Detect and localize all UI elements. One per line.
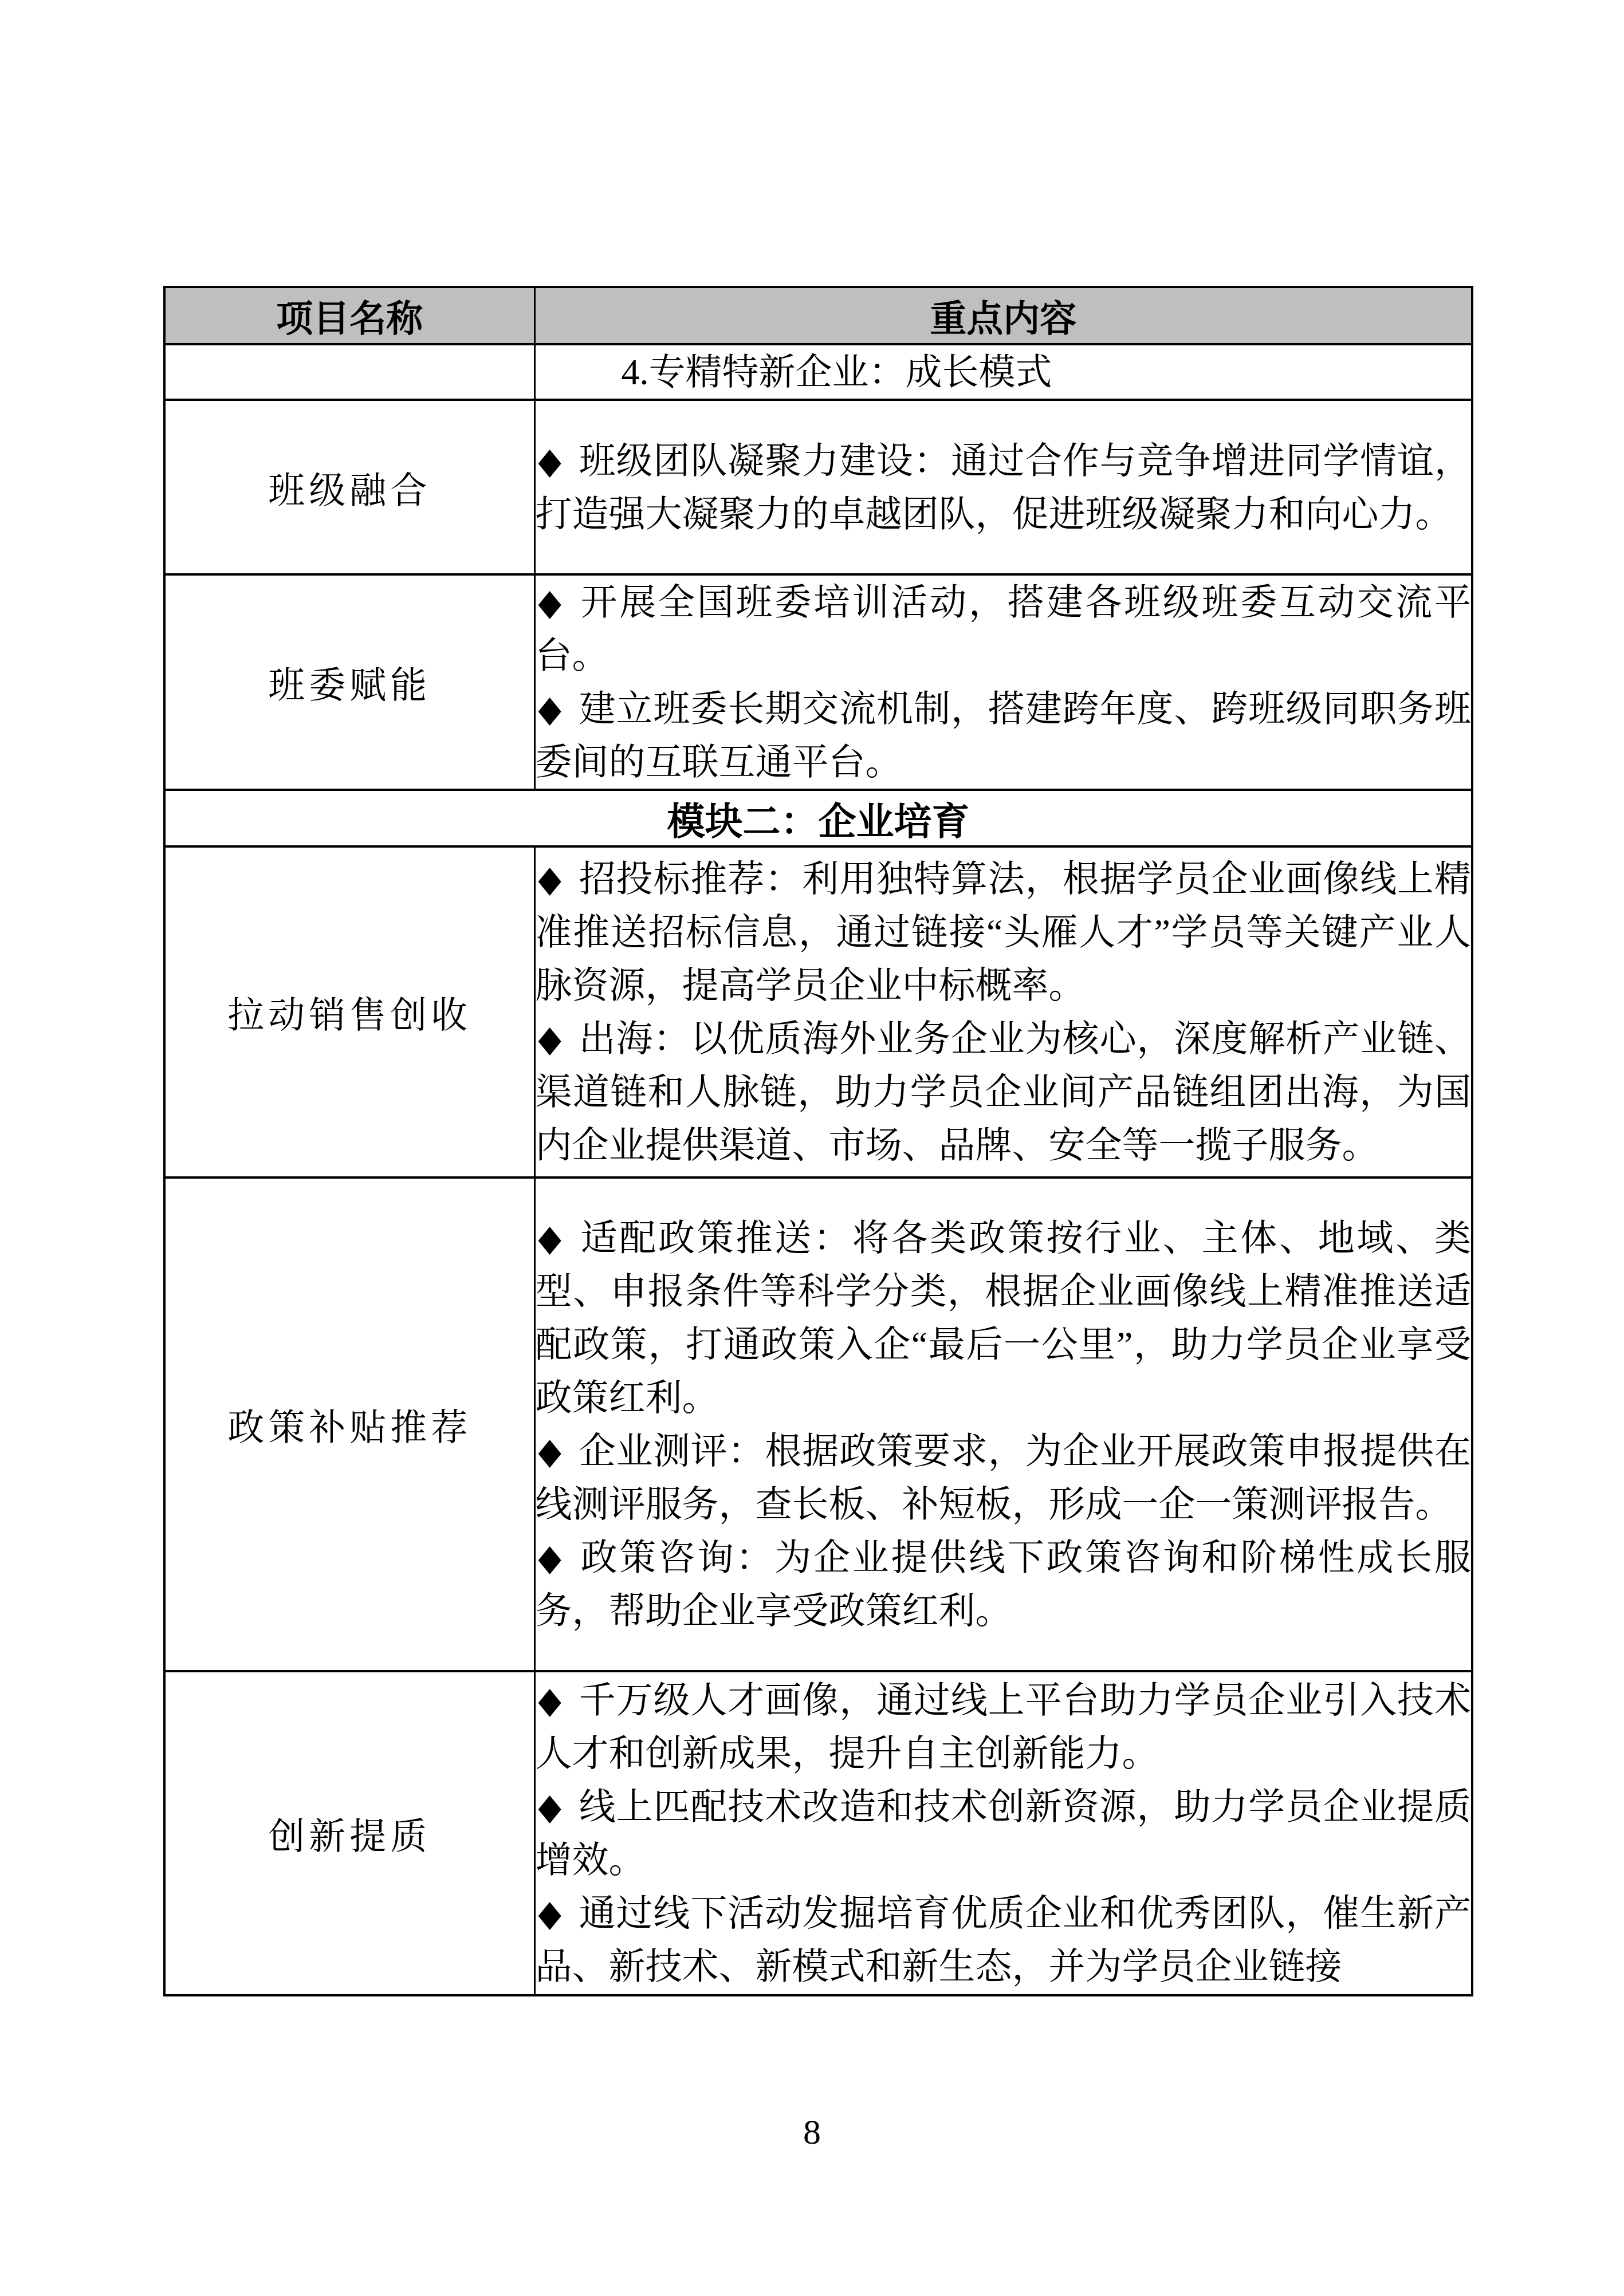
table-row: 政策补贴推荐 ◆适配政策推送：将各类政策按行业、主体、地域、类型、申报条件等科学…: [164, 1177, 1472, 1671]
diamond-bullet-icon: ◆: [538, 852, 561, 905]
continuation-row-empty-label: [164, 344, 534, 400]
diamond-bullet-icon: ◆: [538, 1211, 561, 1265]
document-page: 项目名称 重点内容 4.专精特新企业：成长模式 班级融合 ◆班级团队凝聚力建设：…: [0, 0, 1624, 2296]
bullet-item: ◆千万级人才画像，通过线上平台助力学员企业引入技术人才和创新成果，提升自主创新能…: [536, 1673, 1472, 1780]
row-content-policy-subsidy: ◆适配政策推送：将各类政策按行业、主体、地域、类型、申报条件等科学分类，根据企业…: [534, 1177, 1472, 1671]
bullet-text: 通过线下活动发掘培育优质企业和优秀团队，催生新产品、新技术、新模式和新生态，并为…: [536, 1893, 1472, 1987]
diamond-bullet-icon: ◆: [538, 1780, 561, 1833]
bullet-item: ◆开展全国班委培训活动，搭建各班级班委互动交流平台。: [536, 576, 1472, 682]
bullet-item: ◆班级团队凝聚力建设：通过合作与竞争增进同学情谊，打造强大凝聚力的卓越团队，促进…: [536, 434, 1472, 541]
bullet-item: ◆招投标推荐：利用独特算法，根据学员企业画像线上精准推送招标信息，通过链接“头雁…: [536, 852, 1472, 1012]
header-cell-key-content: 重点内容: [534, 287, 1472, 344]
section-row: 模块二：企业培育: [164, 790, 1472, 846]
bullet-item: ◆政策咨询：为企业提供线下政策咨询和阶梯性成长服务，帮助企业享受政策红利。: [536, 1531, 1472, 1637]
diamond-bullet-icon: ◆: [538, 1531, 561, 1584]
row-label-sales-revenue: 拉动销售创收: [164, 846, 534, 1177]
row-label-policy-subsidy: 政策补贴推荐: [164, 1177, 534, 1671]
diamond-bullet-icon: ◆: [538, 1012, 561, 1065]
bullet-text: 出海：以优质海外业务企业为核心，深度解析产业链、渠道链和人脉链，助力学员企业间产…: [536, 1018, 1472, 1165]
bullet-text: 企业测评：根据政策要求，为企业开展政策申报提供在线测评服务，查长板、补短板，形成…: [536, 1431, 1472, 1525]
bullet-text: 适配政策推送：将各类政策按行业、主体、地域、类型、申报条件等科学分类，根据企业画…: [536, 1218, 1472, 1418]
table-row: 班委赋能 ◆开展全国班委培训活动，搭建各班级班委互动交流平台。 ◆建立班委长期交…: [164, 574, 1472, 790]
table-row: 班级融合 ◆班级团队凝聚力建设：通过合作与竞争增进同学情谊，打造强大凝聚力的卓越…: [164, 400, 1472, 574]
row-content-committee-empowerment: ◆开展全国班委培训活动，搭建各班级班委互动交流平台。 ◆建立班委长期交流机制，搭…: [534, 574, 1472, 790]
bullet-item: ◆适配政策推送：将各类政策按行业、主体、地域、类型、申报条件等科学分类，根据企业…: [536, 1211, 1472, 1424]
bullet-text: 线上匹配技术改造和技术创新资源，助力学员企业提质增效。: [536, 1786, 1472, 1880]
bullet-text: 招投标推荐：利用独特算法，根据学员企业画像线上精准推送招标信息，通过链接“头雁人…: [536, 858, 1472, 1006]
bullet-text: 班级团队凝聚力建设：通过合作与竞争增进同学情谊，打造强大凝聚力的卓越团队，促进班…: [536, 440, 1472, 534]
bullet-item: ◆企业测评：根据政策要求，为企业开展政策申报提供在线测评服务，查长板、补短板，形…: [536, 1424, 1472, 1531]
table-header-row: 项目名称 重点内容: [164, 287, 1472, 344]
diamond-bullet-icon: ◆: [538, 1424, 561, 1478]
header-cell-project-name: 项目名称: [164, 287, 534, 344]
diamond-bullet-icon: ◆: [538, 1673, 561, 1727]
diamond-bullet-icon: ◆: [538, 434, 561, 487]
bullet-item: ◆建立班委长期交流机制，搭建跨年度、跨班级同职务班委间的互联互通平台。: [536, 682, 1472, 789]
bullet-item: ◆通过线下活动发掘培育优质企业和优秀团队，催生新产品、新技术、新模式和新生态，并…: [536, 1887, 1472, 1993]
bullet-text: 建立班委长期交流机制，搭建跨年度、跨班级同职务班委间的互联互通平台。: [536, 688, 1472, 782]
row-content-sales-revenue: ◆招投标推荐：利用独特算法，根据学员企业画像线上精准推送招标信息，通过链接“头雁…: [534, 846, 1472, 1177]
diamond-bullet-icon: ◆: [538, 682, 561, 735]
bullet-item: ◆线上匹配技术改造和技术创新资源，助力学员企业提质增效。: [536, 1780, 1472, 1887]
continuation-row: 4.专精特新企业：成长模式: [164, 344, 1472, 400]
page-number: 8: [0, 2112, 1624, 2153]
bullet-text: 政策咨询：为企业提供线下政策咨询和阶梯性成长服务，帮助企业享受政策红利。: [536, 1537, 1472, 1631]
diamond-bullet-icon: ◆: [538, 1887, 561, 1940]
section-row-title: 模块二：企业培育: [164, 790, 1472, 846]
project-content-table: 项目名称 重点内容 4.专精特新企业：成长模式 班级融合 ◆班级团队凝聚力建设：…: [163, 286, 1473, 1996]
bullet-item: ◆出海：以优质海外业务企业为核心，深度解析产业链、渠道链和人脉链，助力学员企业间…: [536, 1012, 1472, 1172]
diamond-bullet-icon: ◆: [538, 576, 561, 629]
row-label-innovation-quality: 创新提质: [164, 1671, 534, 1995]
bullet-text: 千万级人才画像，通过线上平台助力学员企业引入技术人才和创新成果，提升自主创新能力…: [536, 1680, 1472, 1774]
table-row: 拉动销售创收 ◆招投标推荐：利用独特算法，根据学员企业画像线上精准推送招标信息，…: [164, 846, 1472, 1177]
continuation-row-text: 4.专精特新企业：成长模式: [534, 344, 1472, 400]
bullet-text: 开展全国班委培训活动，搭建各班级班委互动交流平台。: [536, 582, 1472, 676]
row-label-class-integration: 班级融合: [164, 400, 534, 574]
row-content-class-integration: ◆班级团队凝聚力建设：通过合作与竞争增进同学情谊，打造强大凝聚力的卓越团队，促进…: [534, 400, 1472, 574]
row-content-innovation-quality: ◆千万级人才画像，通过线上平台助力学员企业引入技术人才和创新成果，提升自主创新能…: [534, 1671, 1472, 1995]
table-row: 创新提质 ◆千万级人才画像，通过线上平台助力学员企业引入技术人才和创新成果，提升…: [164, 1671, 1472, 1995]
row-label-committee-empowerment: 班委赋能: [164, 574, 534, 790]
